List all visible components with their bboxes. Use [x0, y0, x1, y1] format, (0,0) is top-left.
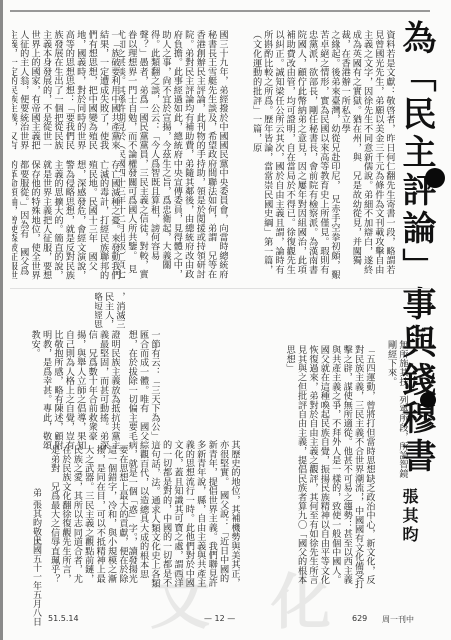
upper-left-paragraph: 一「族破要利用中國共產黨來結果，一定遭成失敗了，使我們有想思想，把中國變為殖民地… — [12, 30, 120, 155]
section-divider — [10, 288, 430, 289]
upper-middle-right-text: 之緣起。後弟來臺灣，幼從兄赴印尼， 兄赤手空拳初頗，艱苦卓絕之情形，實為民國以來… — [228, 30, 340, 280]
upper-right-text: 資料若是文獻：敬啓者，昨日何仁翻先生寄書一段，略謂若見曾國光先生，弟願以美金三千… — [340, 30, 395, 280]
top-rule-line — [10, 10, 430, 12]
black-dot-mark-icon — [425, 168, 445, 188]
author-name: 張其昀 — [398, 488, 421, 545]
doctrine-text: 一節有云：「三天下為公」這句話，法。通求人類文化史上各類匯合而成一體。唯有 國父… — [128, 330, 160, 590]
lower-right-intro: 無所施其技。列寧所段，所論智鏡剛經下來。 — [378, 340, 408, 480]
footer-publication-label: 周一刊中 — [382, 614, 414, 625]
watermark: 文 化 — [150, 555, 351, 640]
page-left-edge — [0, 0, 3, 640]
lower-right-columns: 「五四運動，曾將打但當時思想缺乏政治中心，新文化，反對民族主義，三民主義不合世界… — [240, 345, 375, 590]
black-dot-mark-icon — [420, 392, 436, 408]
footer-page-number: — 12 — — [204, 614, 235, 623]
closing-remarks: 要在思想上最大的貢獻，便在於除這一個錯字，冷和，與小規模之漸撥，是同在目，可以不… — [50, 445, 128, 585]
footer-date: 51.5.14 — [48, 614, 79, 623]
footer-serial-number: 629 — [352, 614, 367, 623]
signature-date: 民國五十一年五月八日 — [30, 536, 41, 626]
upper-middle-paragraph: 國三十九年，弟經撥於中國國民黨中央委員會，向當時總統府秘書長王雪艇先生談及，希望… — [120, 30, 228, 280]
letter-closing-paragraph: 證明民族主義放為抵抗共黨主義最堅固，而甚可動搖。弟深信 兄爲數十年合前救衆豪揚，… — [20, 330, 120, 450]
lower-left-upper-fragments: ，消滅三民主人，略短經思又謂：提世界都多年論一時 — [95, 292, 125, 332]
upper-left-lower-paragraph: 存亡國滅種之憂。來發動我們亡滅的毒計，打經民族聯邦的殖民地。民國十三年 國父想，… — [12, 160, 120, 280]
scanned-page: 為「民主評論」事與錢穆書 資料若是文獻：敬啓者，昨日何仁翻先生寄書一段，略謂若見… — [0, 0, 451, 640]
